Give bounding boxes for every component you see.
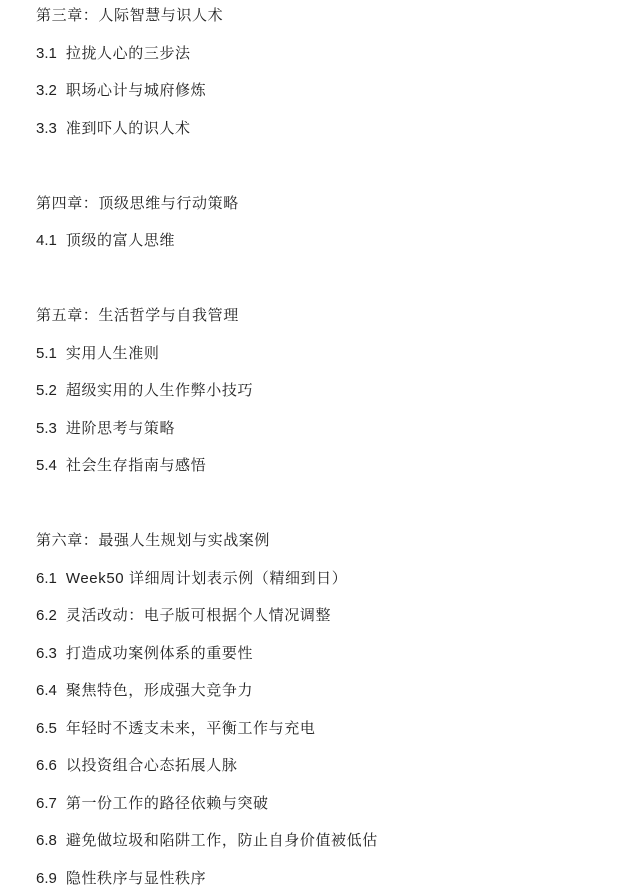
toc-item-number: 6.7 xyxy=(36,785,57,823)
toc-item-title: 进阶思考与策略 xyxy=(66,420,175,437)
toc-item-title: 拉拢人心的三步法 xyxy=(66,45,191,62)
toc-item-number: 4.1 xyxy=(36,222,57,260)
toc-chapter-heading-text: 第五章：生活哲学与自我管理 xyxy=(36,307,239,324)
toc-item: 6.1Week50 详细周计划表示例（精细到日） xyxy=(36,560,599,598)
document-page: 第三章：人际智慧与识人术 3.1拉拢人心的三步法 3.2职场心计与城府修炼 3.… xyxy=(0,0,619,889)
toc-item-number: 5.3 xyxy=(36,410,57,448)
toc-item-number: 6.1 xyxy=(36,560,57,598)
toc-chapter-heading: 第五章：生活哲学与自我管理 xyxy=(36,297,599,335)
toc-item: 6.8避免做垃圾和陷阱工作，防止自身价值被低估 xyxy=(36,822,599,860)
toc-item-title: 避免做垃圾和陷阱工作，防止自身价值被低估 xyxy=(66,832,378,849)
toc-item-title: 灵活改动：电子版可根据个人情况调整 xyxy=(66,607,331,624)
section-spacer xyxy=(36,485,599,523)
toc-item-title: 第一份工作的路径依赖与突破 xyxy=(66,795,269,812)
toc-item-number: 6.6 xyxy=(36,747,57,785)
toc-item-number: 6.2 xyxy=(36,597,57,635)
toc-item-title: 隐性秩序与显性秩序 xyxy=(66,870,206,887)
section-spacer xyxy=(36,260,599,298)
toc-item-number: 6.9 xyxy=(36,860,57,892)
toc-chapter-heading-text: 第四章：顶级思维与行动策略 xyxy=(36,195,239,212)
toc-item-number: 6.4 xyxy=(36,672,57,710)
toc-item-title: Week50 详细周计划表示例（精细到日） xyxy=(66,570,348,587)
toc-item-number: 3.1 xyxy=(36,35,57,73)
toc-item: 6.9隐性秩序与显性秩序 xyxy=(36,860,599,892)
section-spacer xyxy=(36,147,599,185)
toc-item: 6.7第一份工作的路径依赖与突破 xyxy=(36,785,599,823)
toc-item-title: 打造成功案例体系的重要性 xyxy=(66,645,253,662)
toc-item-number: 6.3 xyxy=(36,635,57,673)
toc-item: 3.3准到吓人的识人术 xyxy=(36,110,599,148)
toc-item: 5.3进阶思考与策略 xyxy=(36,410,599,448)
toc-item-title: 准到吓人的识人术 xyxy=(66,120,191,137)
toc-item: 5.2超级实用的人生作弊小技巧 xyxy=(36,372,599,410)
toc-item: 6.4聚焦特色，形成强大竞争力 xyxy=(36,672,599,710)
toc-item: 6.3打造成功案例体系的重要性 xyxy=(36,635,599,673)
toc-chapter-heading-text: 第六章：最强人生规划与实战案例 xyxy=(36,532,270,549)
toc-item-title: 社会生存指南与感悟 xyxy=(66,457,206,474)
toc-chapter-heading: 第三章：人际智慧与识人术 xyxy=(36,0,599,35)
toc-item-number: 5.4 xyxy=(36,447,57,485)
toc-item-number: 3.3 xyxy=(36,110,57,148)
toc-item-number: 6.8 xyxy=(36,822,57,860)
toc-chapter-heading: 第六章：最强人生规划与实战案例 xyxy=(36,522,599,560)
toc-item-title: 年轻时不透支未来，平衡工作与充电 xyxy=(66,720,316,737)
toc-item: 6.2灵活改动：电子版可根据个人情况调整 xyxy=(36,597,599,635)
toc-item: 6.5年轻时不透支未来，平衡工作与充电 xyxy=(36,710,599,748)
toc-item-title: 以投资组合心态拓展人脉 xyxy=(66,757,238,774)
toc-item-number: 5.2 xyxy=(36,372,57,410)
toc-item: 5.4社会生存指南与感悟 xyxy=(36,447,599,485)
toc-item: 3.2职场心计与城府修炼 xyxy=(36,72,599,110)
toc-item: 4.1顶级的富人思维 xyxy=(36,222,599,260)
toc-item-number: 3.2 xyxy=(36,72,57,110)
toc-item-title: 顶级的富人思维 xyxy=(66,232,175,249)
toc-item-title: 聚焦特色，形成强大竞争力 xyxy=(66,682,253,699)
toc-chapter-heading: 第四章：顶级思维与行动策略 xyxy=(36,185,599,223)
toc-item-title: 超级实用的人生作弊小技巧 xyxy=(66,382,253,399)
toc-item-number: 6.5 xyxy=(36,710,57,748)
toc-chapter-heading-text: 第三章：人际智慧与识人术 xyxy=(36,7,223,24)
toc-item-number: 5.1 xyxy=(36,335,57,373)
toc-item-title: 职场心计与城府修炼 xyxy=(66,82,206,99)
toc-item: 5.1实用人生准则 xyxy=(36,335,599,373)
toc-item-title: 实用人生准则 xyxy=(66,345,160,362)
toc-item: 6.6以投资组合心态拓展人脉 xyxy=(36,747,599,785)
toc-item: 3.1拉拢人心的三步法 xyxy=(36,35,599,73)
